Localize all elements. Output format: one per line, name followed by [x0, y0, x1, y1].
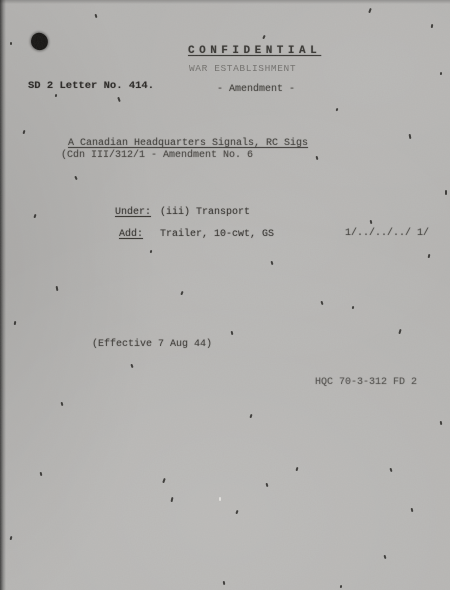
- scan-dust-speck: [14, 321, 16, 325]
- scan-dust-speck: [162, 478, 165, 483]
- add-value: Trailer, 10-cwt, GS: [160, 229, 274, 240]
- scan-dust-speck: [262, 35, 265, 39]
- scan-dust-speck: [296, 467, 298, 471]
- scan-dust-speck: [445, 190, 447, 195]
- scan-dust-speck: [180, 291, 183, 295]
- add-label: Add:: [119, 229, 143, 240]
- under-label: Under:: [115, 207, 151, 218]
- scan-dust-speck: [61, 402, 63, 406]
- scan-dust-speck: [320, 301, 323, 305]
- under-value: (iii) Transport: [160, 207, 250, 218]
- scan-dust-speck: [56, 286, 58, 291]
- scan-edge-shadow-left: [0, 0, 6, 590]
- scan-dust-speck: [55, 94, 57, 97]
- classification-stamp: CONFIDENTIAL: [188, 45, 321, 57]
- document-subtitle-reference: (Cdn III/312/1 - Amendment No. 6: [61, 150, 253, 161]
- scan-dust-speck: [23, 130, 25, 134]
- establishment-heading: WAR ESTABLISHMENT: [189, 63, 296, 74]
- scan-dust-speck: [340, 585, 342, 588]
- scan-dust-speck: [409, 134, 411, 139]
- scan-dust-speck: [95, 14, 97, 18]
- scan-dust-speck: [440, 72, 442, 75]
- scan-dust-speck: [316, 156, 318, 160]
- scan-dust-speck: [10, 42, 12, 45]
- scan-edge-shadow-top: [0, 0, 450, 4]
- scan-dust-speck: [235, 510, 238, 514]
- scanned-document-page: CONFIDENTIAL WAR ESTABLISHMENT SD 2 Lett…: [0, 0, 450, 590]
- scan-dust-speck: [398, 329, 401, 334]
- scan-dust-speck: [170, 497, 173, 502]
- scan-dust-speck: [440, 421, 442, 425]
- document-title: A Canadian Headquarters Signals, RC Sigs: [68, 138, 308, 149]
- scan-dust-speck: [10, 536, 12, 540]
- scan-dust-speck: [231, 331, 233, 335]
- scan-dust-speck: [411, 508, 413, 512]
- scan-dust-speck: [40, 472, 42, 476]
- scan-dust-speck: [150, 250, 152, 253]
- scan-dust-speck: [223, 581, 225, 585]
- scan-dust-speck: [389, 468, 392, 472]
- scan-dust-speck: [383, 555, 386, 559]
- add-quantity-columns: 1/../../../ 1/: [345, 228, 429, 239]
- scan-dust-speck: [431, 24, 433, 28]
- hole-punch-mark: [29, 31, 50, 52]
- scan-dust-speck: [428, 254, 430, 258]
- amendment-subheading: - Amendment -: [217, 84, 295, 95]
- effective-date: (Effective 7 Aug 44): [92, 339, 212, 350]
- scan-dust-speck: [130, 364, 133, 368]
- scan-dust-speck: [266, 483, 268, 487]
- scan-dust-speck: [368, 8, 371, 13]
- scan-dust-speck: [271, 261, 273, 265]
- scan-dust-speck: [117, 97, 120, 102]
- scan-dust-speck: [219, 497, 221, 501]
- scan-dust-speck: [74, 176, 77, 180]
- letter-reference: SD 2 Letter No. 414.: [28, 80, 154, 92]
- scan-dust-speck: [33, 214, 36, 218]
- scan-dust-speck: [352, 306, 354, 309]
- scan-dust-speck: [336, 108, 338, 111]
- file-reference-number: HQC 70-3-312 FD 2: [315, 377, 417, 388]
- scan-dust-speck: [370, 220, 372, 224]
- scan-dust-speck: [249, 414, 252, 418]
